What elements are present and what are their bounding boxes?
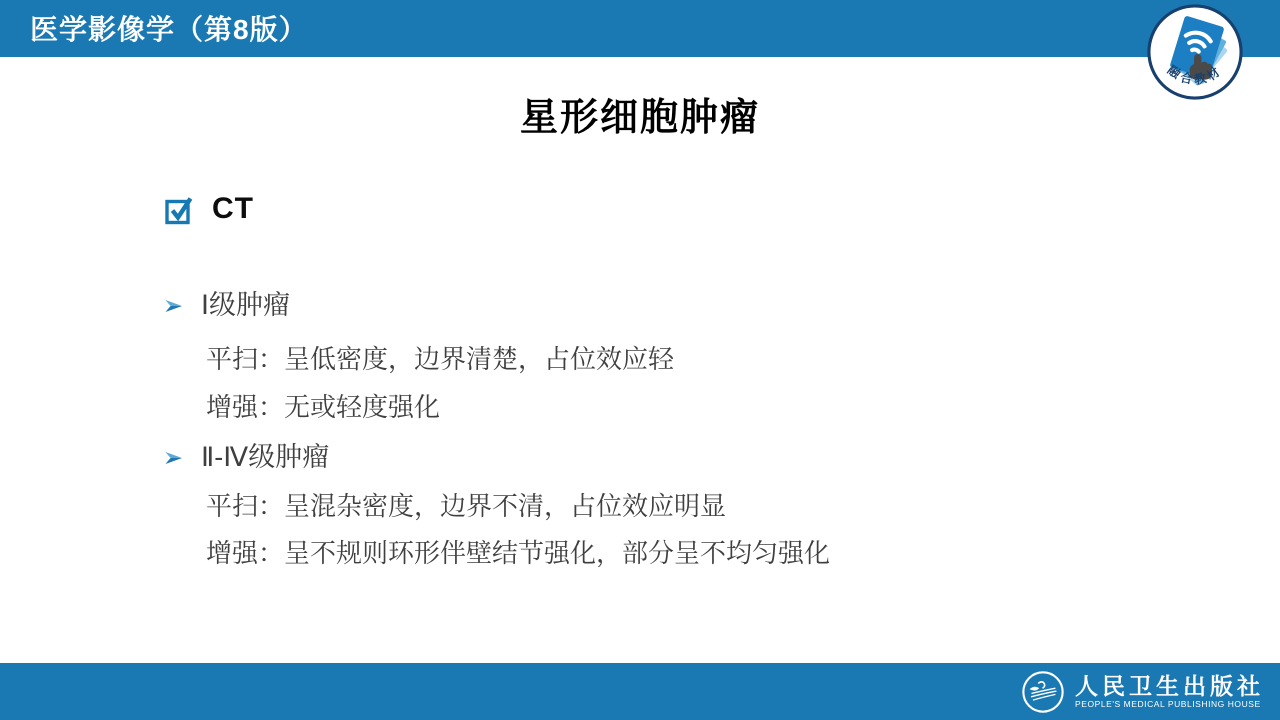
footer-bar: 人民卫生出版社 PEOPLE'S MEDICAL PUBLISHING HOUS…	[0, 663, 1280, 720]
bullet-subline: 平扫：呈低密度，边界清楚，占位效应轻	[206, 339, 674, 376]
header-bar: 医学影像学（第8版）	[0, 0, 1280, 57]
publisher-emblem-icon	[1020, 669, 1066, 715]
bullet-subline: 增强：呈不规则环形伴壁结节强化，部分呈不均匀强化	[206, 533, 830, 570]
bullet-heading: Ⅰ级肿瘤	[164, 283, 290, 322]
bullet-heading-label: Ⅱ-Ⅳ级肿瘤	[201, 442, 329, 472]
page-title: 星形细胞肿瘤	[0, 86, 1280, 141]
book-title: 医学影像学（第8版）	[30, 8, 308, 48]
bullet-heading-label: Ⅰ级肿瘤	[201, 290, 290, 320]
section-label: CT	[212, 192, 254, 226]
slide: 医学影像学（第8版） 融合教材	[0, 0, 1280, 720]
arrow-bullet-icon	[164, 442, 184, 458]
bullet-subline: 增强：无或轻度强化	[206, 387, 440, 424]
publisher-name-en: PEOPLE'S MEDICAL PUBLISHING HOUSE	[1075, 699, 1261, 710]
bullet-subline: 平扫：呈混杂密度，边界不清，占位效应明显	[206, 486, 726, 523]
checked-checkbox-icon	[164, 194, 195, 225]
publisher-logo: 人民卫生出版社 PEOPLE'S MEDICAL PUBLISHING HOUS…	[1020, 669, 1264, 715]
bullet-heading: Ⅱ-Ⅳ级肿瘤	[164, 435, 329, 474]
arrow-bullet-icon	[164, 290, 184, 306]
section-ct: CT	[164, 191, 254, 227]
publisher-name-cn: 人民卫生出版社	[1075, 674, 1264, 699]
